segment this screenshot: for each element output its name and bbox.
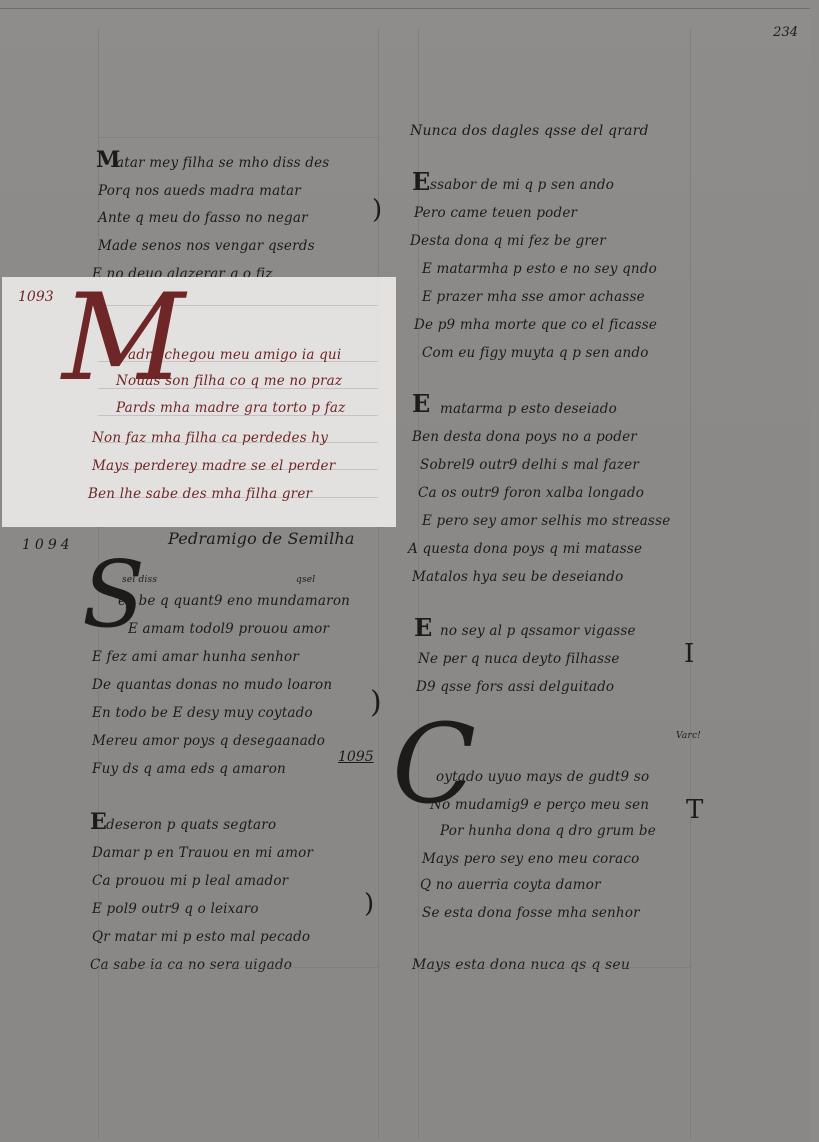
text-line: Com eu figy muyta q p sen ando <box>422 345 649 361</box>
text-line: deseron p quats segtaro <box>106 817 276 833</box>
text-line: Desta dona q mi fez be grer <box>410 233 606 249</box>
text-line: Nunca dos dagles qsse del qrard <box>410 123 649 139</box>
text-line: No mudamig9 e perço meu sen <box>430 797 649 813</box>
folio-number: 234 <box>773 25 798 40</box>
author-heading: Pedramigo de Semilha <box>168 529 355 548</box>
text-line: En todo be E desy muy coytado <box>92 705 313 721</box>
text-line: Matalos hya seu be deseiando <box>412 569 623 585</box>
text-line: Por hunha dona q dro grum be <box>440 823 656 839</box>
initial-e: E <box>412 389 430 418</box>
text-line: Mereu amor poys q desegaanado <box>92 733 325 749</box>
text-line: E fez ami amar hunha senhor <box>92 649 299 665</box>
text-line: Mays esta dona nuca qs q seu <box>412 957 630 973</box>
marginal-note: Varc! <box>676 731 701 741</box>
text-line: adre chegou meu amigo ia qui <box>128 347 341 363</box>
poem-number-1093: 1093 <box>18 289 54 305</box>
text-line: E amam todol9 prouou amor <box>128 621 329 637</box>
text-line: ey be q quant9 eno mundamaron <box>118 593 350 609</box>
marginal-note: qsel <box>296 575 315 585</box>
text-line: A questa dona poys q mi matasse <box>408 541 642 557</box>
text-line: De p9 mha morte que co el ficasse <box>414 317 657 333</box>
text-line: E matarmha p esto e no sey qndo <box>422 261 657 277</box>
text-line: E prazer mha sse amor achasse <box>422 289 645 305</box>
bracket-mark: ) <box>364 889 374 919</box>
text-line: Q no auerria coyta damor <box>420 877 601 893</box>
text-line: Fuy ds q ama eds q amaron <box>92 761 286 777</box>
text-line: E pero sey amor selhis mo streasse <box>422 513 670 529</box>
bracket-mark: ) <box>372 195 382 225</box>
initial-e: E <box>414 613 432 642</box>
text-line: E pol9 outr9 q o leixaro <box>92 901 259 917</box>
text-line: Ca os outr9 foron xalba longado <box>418 485 644 501</box>
text-line: Qr matar mi p esto mal pecado <box>92 929 310 945</box>
text-line: Ca sabe ia ca no sera uigado <box>90 957 292 973</box>
text-line: matarma p esto deseiado <box>440 401 617 417</box>
text-line: Porq nos aueds madra matar <box>98 183 301 199</box>
ruling-right-inner <box>690 29 691 1139</box>
text-line: Mays perderey madre se el perder <box>92 458 335 474</box>
text-line: D9 qsse fors assi delguitado <box>416 679 614 695</box>
text-line: Se esta dona fosse mha senhor <box>422 905 640 921</box>
text-line: Ante q meu do fasso no negar <box>98 210 308 226</box>
poem-number-1094: 1094 <box>22 537 74 553</box>
manuscript-page: 234 M atar mey filha se mho diss des Por… <box>0 8 810 1142</box>
text-line: Pards mha madre gra torto p faz <box>116 400 345 416</box>
bracket-mark: I <box>684 639 694 669</box>
text-line: oytado uyuo mays de gudt9 so <box>436 769 649 785</box>
text-line: Damar p en Trauou en mi amor <box>92 845 313 861</box>
poem-number-1095: 1095 <box>338 749 374 765</box>
ruling-line <box>418 967 690 968</box>
marginal-note: sel diss <box>122 575 157 585</box>
bracket-mark: T <box>686 795 703 825</box>
text-line: no sey al p qssamor vigasse <box>440 623 636 639</box>
initial-e: E <box>90 809 107 835</box>
ruling-line <box>98 967 378 968</box>
initial-e: E <box>412 167 430 196</box>
text-line: Sobrel9 outr9 delhi s mal fazer <box>420 457 639 473</box>
text-line: Ben desta dona poys no a poder <box>412 429 637 445</box>
bracket-mark: ) <box>370 685 382 720</box>
text-line: atar mey filha se mho diss des <box>116 155 329 171</box>
text-line: Ben lhe sabe des mha filha grer <box>88 486 312 502</box>
text-line: Ca prouou mi p leal amador <box>92 873 288 889</box>
text-line: Pero came teuen poder <box>414 205 577 221</box>
text-line: Non faz mha filha ca perdedes hy <box>92 430 328 446</box>
text-line: Made senos nos vengar qserds <box>98 238 315 254</box>
text-line: ssabor de mi q p sen ando <box>430 177 614 193</box>
text-line: Ne per q nuca deyto filhasse <box>418 651 620 667</box>
text-line: Mays pero sey eno meu coraco <box>422 851 639 867</box>
text-line: Nouas son filha co q me no praz <box>116 373 342 389</box>
ruling-line <box>98 137 378 138</box>
text-line: De quantas donas no mudo loaron <box>92 677 332 693</box>
